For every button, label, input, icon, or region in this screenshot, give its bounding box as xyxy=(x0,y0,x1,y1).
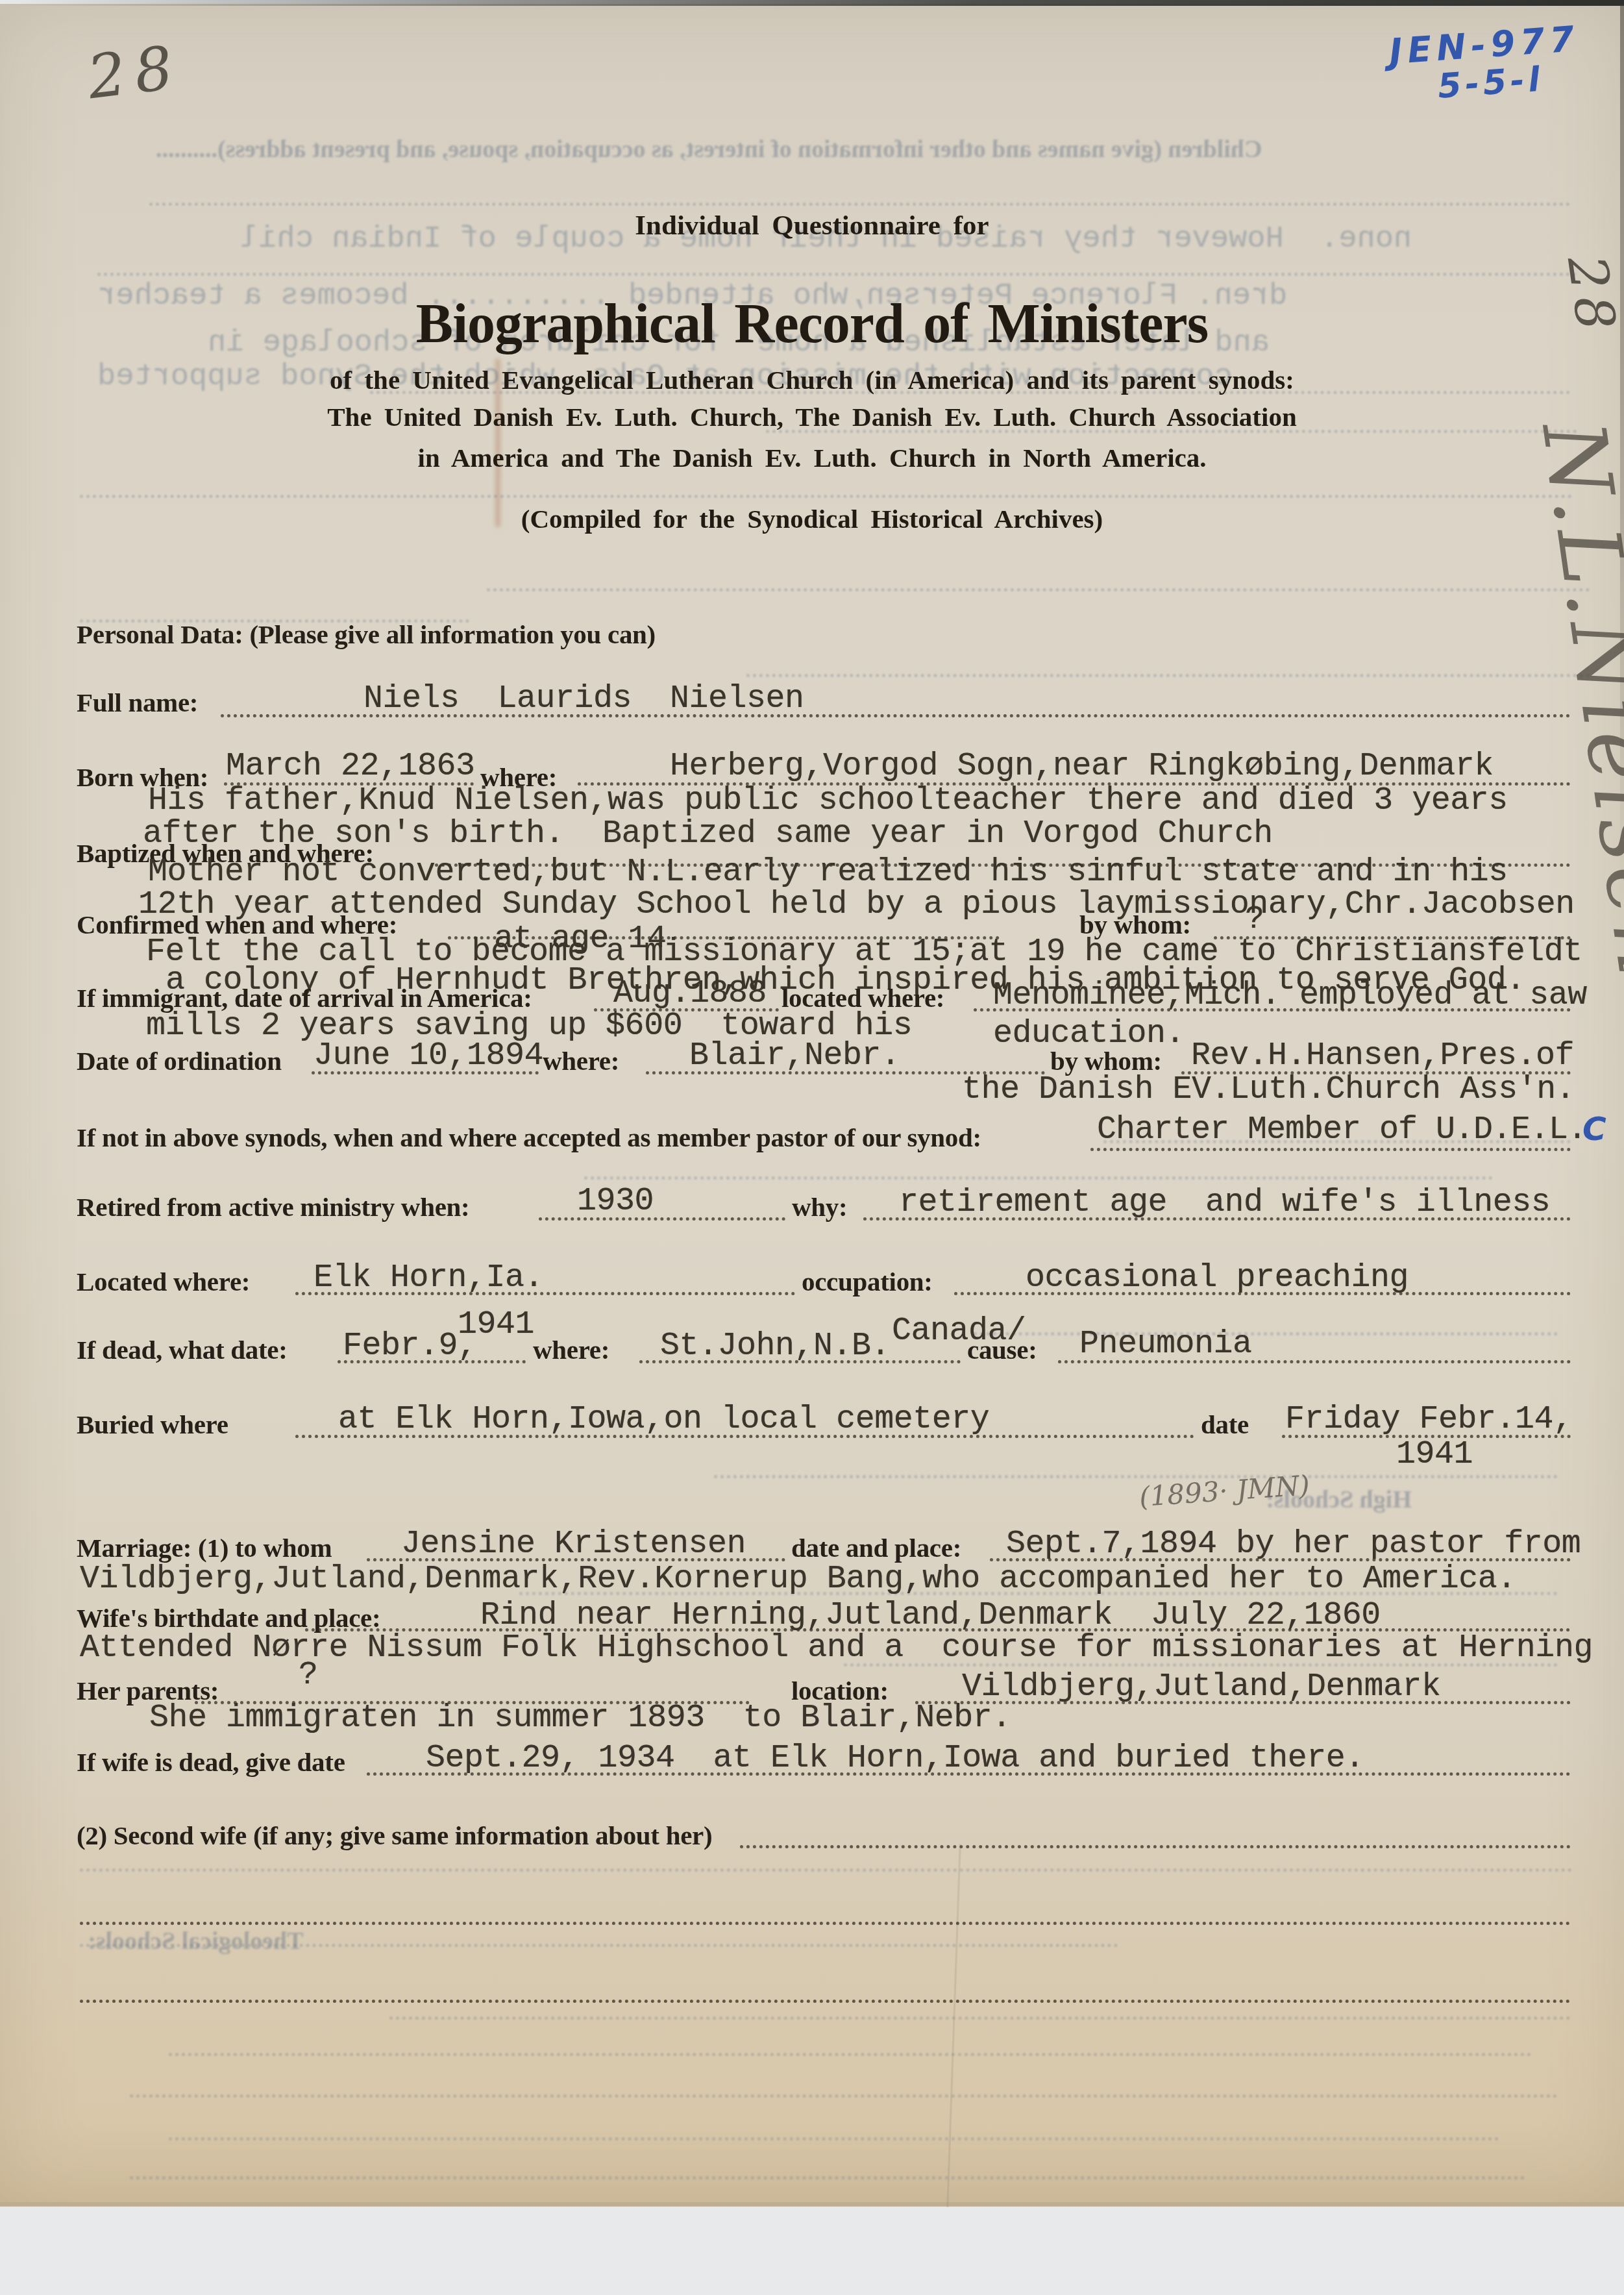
ghost-dotted-line xyxy=(169,2053,1532,2056)
form-kicker: Individual Questionnaire for xyxy=(0,210,1624,242)
full-name-value: Niels Laurids Nielsen xyxy=(363,680,804,717)
death-where-label: where: xyxy=(533,1334,609,1365)
synod-label: If not in above synods, when and where a… xyxy=(77,1122,981,1153)
her-parents-value: ? xyxy=(299,1657,318,1694)
scanner-top-edge xyxy=(0,0,1624,6)
immigrant-value: Aug.1888 xyxy=(613,975,767,1012)
blank-answer-line xyxy=(80,2000,1571,2003)
death-cause-label: cause: xyxy=(967,1334,1037,1365)
marriage-date-place-label: date and place: xyxy=(791,1532,961,1563)
buried-date-value: Friday Febr.14, xyxy=(1285,1401,1573,1438)
ordination-where-label: where: xyxy=(543,1045,619,1076)
born-where-value: Herberg,Vorgod Sogn,near Ringkøbing,Denm… xyxy=(670,748,1494,785)
buried-where-label: Buried where xyxy=(77,1409,228,1440)
synod-value: Charter Member of U.D.E.L. xyxy=(1097,1111,1586,1148)
immigrant-located-value: Menominee,Mich. employed at saw xyxy=(993,977,1587,1014)
form-title: Biographical Record of Ministers xyxy=(0,291,1624,356)
buried-where-value: at Elk Horn,Iowa,on local cemetery xyxy=(338,1401,989,1438)
marriage-value: Jensine Kristensen xyxy=(401,1526,746,1563)
form-compiled-note: (Compiled for the Synodical Historical A… xyxy=(0,503,1624,534)
ghost-dotted-line xyxy=(130,2176,1525,2179)
ghost-dotted-line xyxy=(130,2094,1558,2098)
second-wife-label: (2) Second wife (if any; give same infor… xyxy=(77,1820,712,1851)
wife-dead-label: If wife is dead, give date xyxy=(77,1746,345,1778)
ghost-dotted-line xyxy=(169,2137,1499,2140)
confirmed-by-whom-value: ? xyxy=(1245,901,1264,938)
ordination-value: June 10,1894 xyxy=(314,1037,543,1074)
retired-why-label: why: xyxy=(792,1191,847,1222)
ordination-label: Date of ordination xyxy=(77,1045,282,1076)
born-when-value: March 22,1863 xyxy=(226,748,475,785)
handwritten-page-number: 28 xyxy=(84,32,186,113)
ghost-dotted-line xyxy=(487,588,1590,591)
ordination-by-whom-value: Rev.H.Hansen,Pres.of xyxy=(1191,1037,1574,1074)
death-date-value: Febr.9, xyxy=(343,1328,477,1365)
ghost-dotted-line xyxy=(80,1944,1118,1947)
located-label: Located where: xyxy=(77,1266,250,1297)
retired-value: 1930 xyxy=(577,1183,654,1220)
scanned-document-page: Children (give names and other informati… xyxy=(0,0,1624,2295)
bleedthrough-theological-label: Theological Schools: xyxy=(88,1927,304,1955)
baptized-note-1: Mother not converted,but N.L.early reali… xyxy=(148,854,1508,891)
death-date-label: If dead, what date: xyxy=(77,1334,288,1365)
full-name-label: Full name: xyxy=(77,687,198,718)
ghost-dotted-line xyxy=(974,1332,1558,1335)
her-location-value: Vildbjerg,Jutland,Denmark xyxy=(962,1669,1441,1706)
buried-date-value-2: 1941 xyxy=(1396,1436,1473,1473)
ordination-where-value: Blair,Nebr. xyxy=(689,1037,900,1074)
dotted-leader xyxy=(740,1845,1571,1848)
ghost-dotted-line xyxy=(97,273,1577,276)
occupation-value: occasional preaching xyxy=(1026,1259,1409,1296)
ghost-dotted-line xyxy=(80,495,1573,498)
located-value: Elk Horn,Ia. xyxy=(314,1259,543,1296)
ghost-dotted-line xyxy=(149,203,1571,206)
born-note-1: His father,Knud Nielsen,was public schoo… xyxy=(148,782,1508,819)
buried-date-label: date xyxy=(1201,1409,1249,1440)
death-cause-value: Pneumonia xyxy=(1079,1326,1252,1363)
bleedthrough-children-label: Children (give names and other informati… xyxy=(156,135,1262,164)
retired-why-value: retirement age and wife's illness xyxy=(899,1184,1550,1221)
paper-bottom-edge xyxy=(0,2202,1624,2207)
form-subtitle-3: in America and The Danish Ev. Luth. Chur… xyxy=(0,442,1624,473)
death-where-value: St.John,N.B. xyxy=(660,1328,890,1365)
marriage-date-place-value: Sept.7,1894 by her pastor from xyxy=(1006,1526,1581,1563)
dotted-leader xyxy=(539,1217,785,1221)
her-parents-note: She immigraten in summer 1893 to Blair,N… xyxy=(149,1700,1011,1737)
personal-data-heading: Personal Data: (Please give all informat… xyxy=(77,619,656,650)
blank-answer-line xyxy=(80,1922,1571,1925)
wife-dead-value: Sept.29, 1934 at Elk Horn,Iowa and burie… xyxy=(426,1740,1364,1777)
marriage-note: Vildbjerg,Jutland,Denmark,Rev.Kornerup B… xyxy=(80,1561,1516,1598)
ordination-by-whom-value-2: the Danish EV.Luth.Church Ass'n. xyxy=(962,1071,1575,1108)
wife-birthdate-value: Rind near Herning,Jutland,Denmark July 2… xyxy=(480,1597,1381,1634)
ghost-dotted-line xyxy=(746,674,1590,677)
ghost-dotted-line xyxy=(714,1475,1558,1478)
occupation-label: occupation: xyxy=(802,1266,933,1297)
handwritten-archive-code-line2: 5-5-l xyxy=(1436,60,1545,106)
ghost-dotted-line xyxy=(584,1176,1493,1180)
ghost-dotted-line xyxy=(389,2016,1571,2020)
marriage-label: Marriage: (1) to whom xyxy=(77,1532,332,1563)
form-subtitle-1: of the United Evangelical Lutheran Churc… xyxy=(0,364,1624,395)
form-subtitle-2: The United Danish Ev. Luth. Church, The … xyxy=(0,401,1624,432)
retired-label: Retired from active ministry when: xyxy=(77,1191,469,1222)
ghost-dotted-line xyxy=(80,1868,1573,1872)
